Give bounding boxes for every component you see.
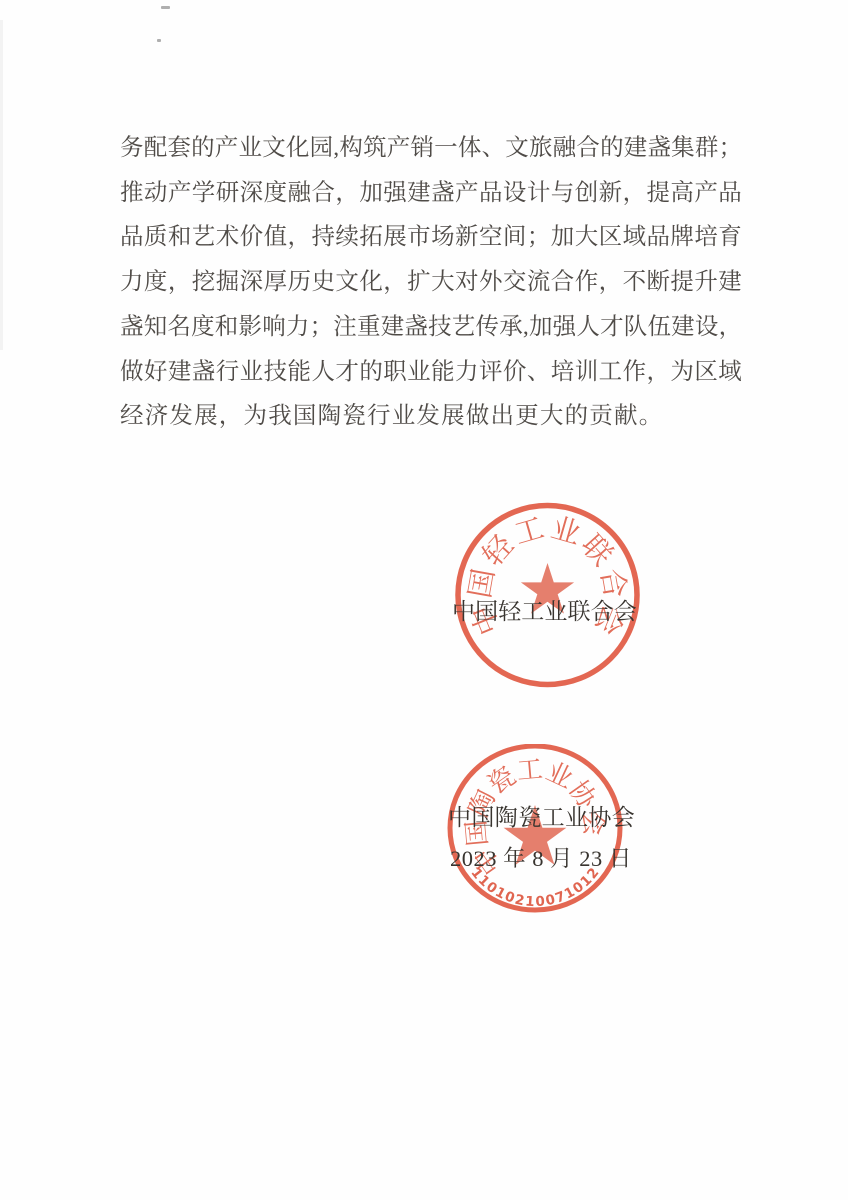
org-name-light-industry: 中国轻工业联合会 [452,593,637,626]
text-line: 务配套的产业文化园,构筑产销一体、文旅融合的建盏集群； [120,126,742,171]
scan-artifact [161,6,170,9]
text-line: 做好建盏行业技能人才的职业能力评价、培训工作，为区域 [120,350,742,395]
seal-china-ceramic-industry-association: 中国陶瓷工业协会 11010210071012 [447,744,627,924]
text-line: 品质和艺术价值，持续拓展市场新空间；加大区域品牌培育 [120,215,742,260]
body-text: 务配套的产业文化园,构筑产销一体、文旅融合的建盏集群； 推动产学研深度融合，加强… [120,126,742,439]
svg-text:业: 业 [547,511,584,551]
document-page: 务配套的产业文化园,构筑产销一体、文旅融合的建盏集群； 推动产学研深度融合，加强… [0,0,848,1200]
svg-text:工: 工 [516,755,544,786]
org-name-ceramic-industry: 中国陶瓷工业协会 [448,799,635,832]
svg-text:工: 工 [511,512,548,551]
text-line: 推动产学研深度融合，加强建盏产品设计与创新，提高产品 [120,171,742,216]
text-line: 力度，挖掘深厚历史文化，扩大对外交流合作，不断提升建 [120,260,742,305]
svg-text:1: 1 [525,893,535,910]
text-line: 盏知名度和影响力；注重建盏技艺传承,加强人才队伍建设， [120,305,742,350]
text-line: 经济发展，为我国陶瓷行业发展做出更大的贡献。 [120,394,742,439]
scan-edge-shadow [0,20,3,350]
scan-artifact [157,39,161,42]
document-date: 2023 年 8 月 23 日 [450,841,632,873]
